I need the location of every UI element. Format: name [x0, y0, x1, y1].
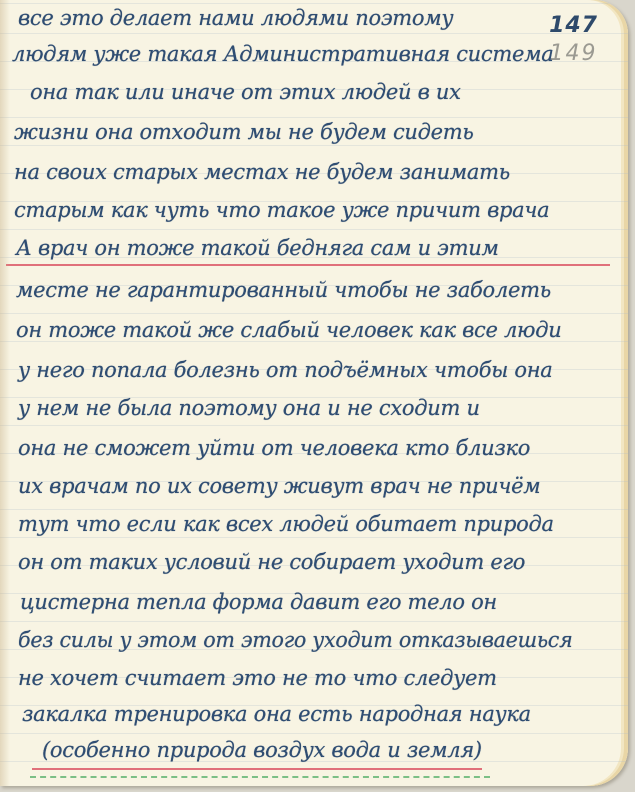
handwritten-line: она не сможет уйти от человека кто близк…: [18, 436, 530, 460]
page-numbers: 147 149: [549, 12, 598, 68]
handwritten-line: месте не гарантированный чтобы не заболе…: [16, 278, 551, 302]
red-underline: [32, 768, 482, 770]
handwritten-line: на своих старых местах не будем занимать: [14, 160, 510, 184]
handwritten-line: он тоже такой же слабый человек как все …: [16, 318, 561, 342]
handwritten-line: он от таких условий не собирает уходит е…: [18, 550, 525, 574]
red-underline: [6, 264, 610, 266]
handwritten-line: цистерна тепла форма давит его тело он: [20, 590, 497, 614]
page-number-ink: 147: [549, 12, 598, 40]
handwritten-line: она так или иначе от этих людей в их: [30, 80, 461, 104]
handwritten-line: жизни она отходит мы не будем сидеть: [14, 120, 474, 144]
handwritten-line: у нем не была поэтому она и не сходит и: [18, 396, 480, 420]
handwritten-line: людям уже такая Административная система: [12, 42, 553, 66]
page-number-pencil: 149: [549, 40, 598, 68]
handwritten-line: не хочет считает это не то что следует: [18, 666, 497, 690]
handwritten-line: (особенно природа воздух вода и земля): [42, 738, 482, 762]
notebook-page: 147 149 все это делает нами людями поэто…: [0, 0, 628, 786]
handwritten-line: А врач он тоже такой бедняга сам и этим: [16, 236, 499, 260]
handwritten-line: их врачам по их совету живут врач не при…: [18, 474, 540, 498]
handwritten-line: без силы у этом от этого уходит отказыва…: [18, 628, 572, 652]
handwritten-line: тут что если как всех людей обитает прир…: [18, 512, 554, 536]
handwritten-line: все это делает нами людями поэтому: [18, 6, 453, 30]
handwritten-line: у него попала болезнь от подъёмных чтобы…: [18, 358, 553, 382]
handwritten-line: закалка тренировка она есть народная нау…: [22, 702, 531, 726]
handwritten-line: старым как чуть что такое уже причит вра…: [14, 198, 549, 222]
green-dashed-underline: [30, 776, 490, 778]
